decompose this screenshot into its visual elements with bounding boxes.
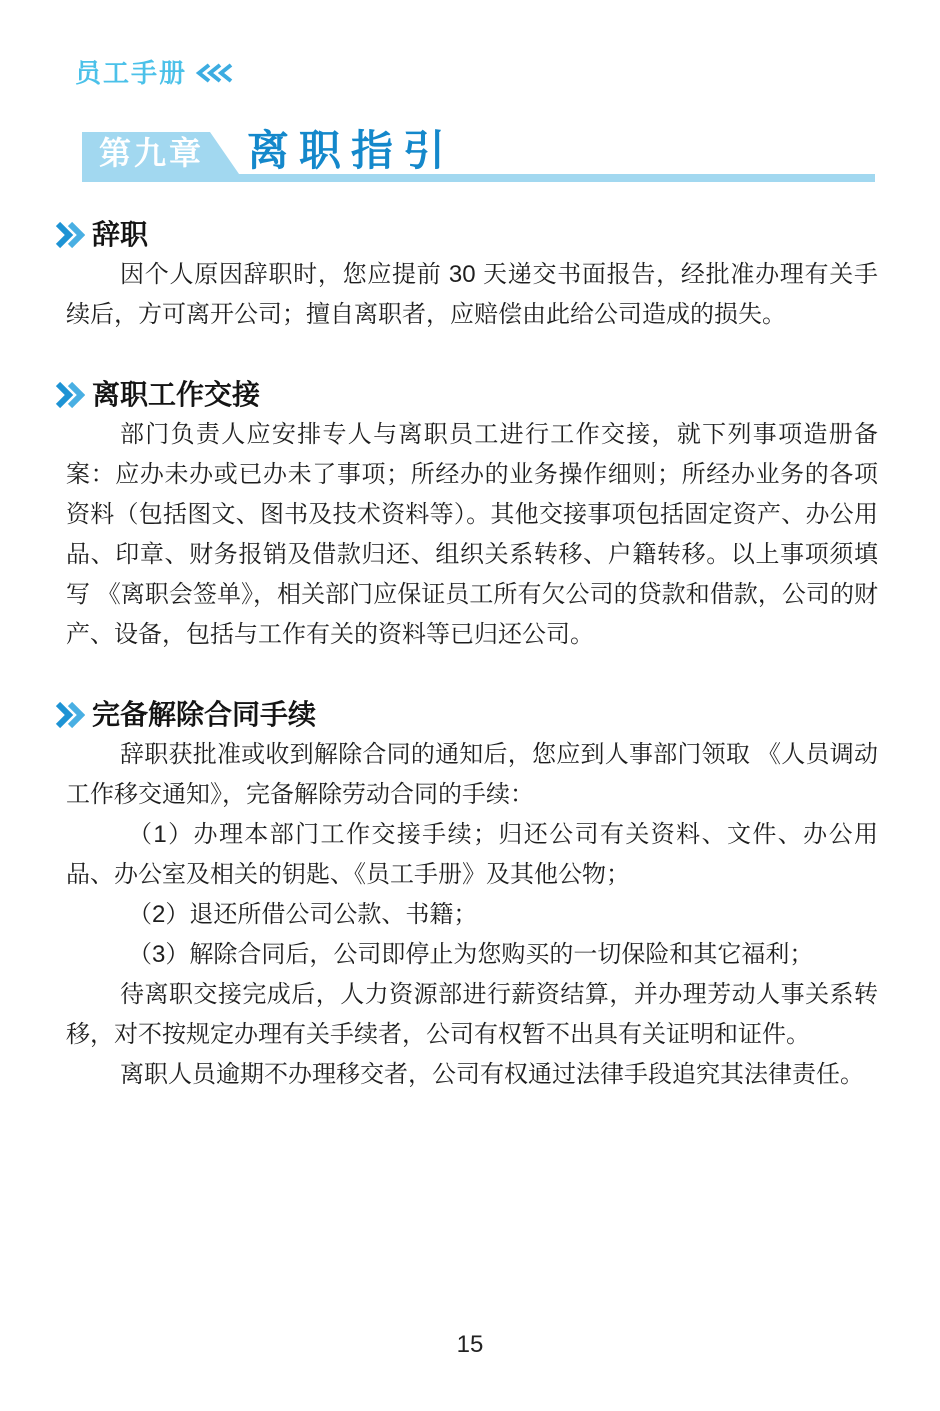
paragraph: 辞职获批准或收到解除合同的通知后，您应到人事部门领取 《人员调动工作移交通知》，…	[66, 735, 878, 815]
doc-header: 员工手册	[75, 58, 243, 88]
section-heading: 完备解除合同手续	[55, 695, 880, 735]
chapter-title: 离职指引	[247, 126, 455, 176]
section-heading-text: 完备解除合同手续	[92, 695, 316, 735]
brand-text: 员工手册	[75, 58, 187, 88]
double-right-chevron-icon	[55, 381, 85, 409]
list-item: （3）解除合同后，公司即停止为您购买的一切保险和其它福利；	[66, 935, 878, 975]
list-item: （2）退还所借公司公款、书籍；	[66, 895, 878, 935]
double-right-chevron-icon	[55, 701, 85, 729]
section-heading-text: 离职工作交接	[92, 375, 260, 415]
double-right-chevron-icon	[55, 221, 85, 249]
paragraph: 待离职交接完成后，人力资源部进行薪资结算，并办理芳动人事关系转移，对不按规定办理…	[66, 975, 878, 1055]
section-heading: 离职工作交接	[55, 375, 880, 415]
triple-left-chevron-icon	[195, 63, 243, 83]
section-heading: 辞职	[55, 215, 880, 255]
handbook-page: 员工手册 第九章 离职指引 辞职 因个人原因辞职时，您应提前 30 天递交书面报…	[0, 0, 940, 1411]
paragraph: 因个人原因辞职时，您应提前 30 天递交书面报告，经批准办理有关手续后，方可离开…	[66, 255, 878, 335]
section-resignation: 辞职 因个人原因辞职时，您应提前 30 天递交书面报告，经批准办理有关手续后，方…	[55, 215, 880, 335]
section-work-handover: 离职工作交接 部门负责人应安排专人与离职员工进行工作交接，就下列事项造册备案：应…	[55, 375, 880, 655]
section-heading-text: 辞职	[92, 215, 148, 255]
chapter-label: 第九章	[99, 132, 204, 174]
section-contract-termination: 完备解除合同手续 辞职获批准或收到解除合同的通知后，您应到人事部门领取 《人员调…	[55, 695, 880, 1095]
list-item: （1）办理本部门工作交接手续；归还公司有关资料、文件、办公用品、办公室及相关的钥…	[66, 815, 878, 895]
chapter-banner: 第九章 离职指引	[82, 132, 875, 182]
paragraph: 离职人员逾期不办理移交者，公司有权通过法律手段追究其法律责任。	[66, 1055, 878, 1095]
page-number: 15	[0, 1330, 940, 1360]
paragraph: 部门负责人应安排专人与离职员工进行工作交接，就下列事项造册备案：应办未办或已办未…	[66, 415, 878, 655]
